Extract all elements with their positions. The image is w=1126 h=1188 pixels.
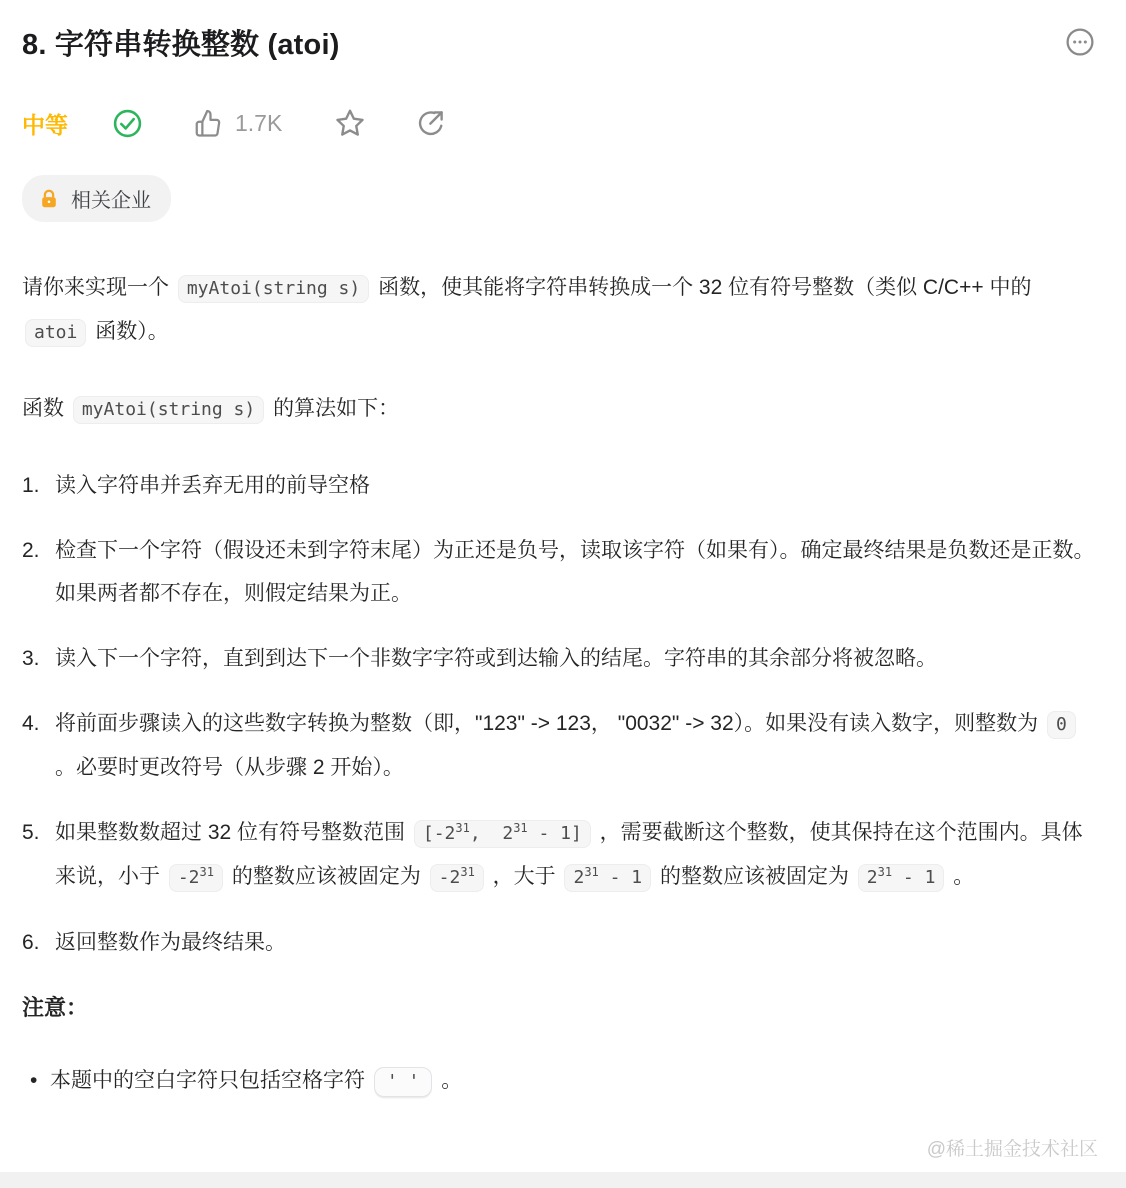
step-text: 读入下一个字符，直到到达下一个非数字字符或到达输入的结尾。字符串的其余部分将被忽…	[55, 637, 1102, 680]
thumbs-up-icon	[193, 108, 223, 138]
inline-code: -231	[430, 864, 484, 892]
algorithm-step: 5.如果整数数超过 32 位有符号整数范围 [-231, 231 - 1] ，需…	[22, 811, 1102, 899]
description-paragraph: 函数 myAtoi(string s) 的算法如下：	[22, 387, 1102, 431]
note-bullet-item: •本题中的空白字符只包括空格字符 ' ' 。	[22, 1059, 1102, 1103]
note-heading: 注意：	[22, 986, 1102, 1029]
bullet-dot: •	[22, 1059, 50, 1103]
footer-strip	[0, 1172, 1126, 1188]
algorithm-step: 4.将前面步骤读入的这些数字转换为整数（即，"123" -> 123， "003…	[22, 702, 1102, 789]
inline-code: 231 - 1	[858, 864, 945, 892]
lock-icon	[38, 188, 60, 210]
problem-title: 8. 字符串转换整数 (atoi)	[22, 22, 340, 63]
watermark: @稀土掘金技术社区	[927, 1134, 1098, 1161]
inline-code: [-231, 231 - 1]	[414, 820, 591, 848]
description-paragraph: 请你来实现一个 myAtoi(string s) 函数，使其能将字符串转换成一个…	[22, 266, 1102, 354]
inline-code: -231	[169, 864, 223, 892]
step-text: 如果整数数超过 32 位有符号整数范围 [-231, 231 - 1] ，需要截…	[55, 811, 1102, 899]
inline-code: myAtoi(string s)	[178, 275, 369, 303]
share-button[interactable]	[416, 108, 446, 138]
step-number: 4.	[22, 702, 55, 789]
problem-description: 请你来实现一个 myAtoi(string s) 函数，使其能将字符串转换成一个…	[22, 266, 1102, 1103]
step-number: 6.	[22, 921, 55, 964]
step-number: 2.	[22, 529, 55, 615]
algorithm-step: 1.读入字符串并丢弃无用的前导空格	[22, 464, 1102, 507]
step-number: 3.	[22, 637, 55, 680]
favorite-button[interactable]	[334, 107, 366, 139]
algorithm-step: 3.读入下一个字符，直到到达下一个非数字字符或到达输入的结尾。字符串的其余部分将…	[22, 637, 1102, 680]
related-companies-tag[interactable]: 相关企业	[22, 175, 171, 222]
check-circle-icon	[112, 108, 143, 139]
step-text: 返回整数作为最终结果。	[55, 921, 1102, 964]
inline-code: 231 - 1	[564, 864, 651, 892]
more-options-button[interactable]	[1064, 26, 1096, 58]
algorithm-step: 6.返回整数作为最终结果。	[22, 921, 1102, 964]
star-icon	[334, 107, 366, 139]
like-count: 1.7K	[235, 110, 282, 137]
ellipsis-circle-icon	[1064, 26, 1096, 58]
step-number: 5.	[22, 811, 55, 899]
like-button[interactable]: 1.7K	[193, 108, 282, 138]
related-companies-label: 相关企业	[71, 184, 151, 213]
step-text: 将前面步骤读入的这些数字转换为整数（即，"123" -> 123， "0032"…	[55, 702, 1102, 789]
step-text: 检查下一个字符（假设还未到字符末尾）为正还是负号，读取该字符（如果有）。确定最终…	[55, 529, 1102, 615]
share-icon	[416, 108, 446, 138]
inline-code: ' '	[374, 1067, 433, 1097]
problem-detail-page: 8. 字符串转换整数 (atoi) 中等	[0, 0, 1126, 1188]
inline-code: myAtoi(string s)	[73, 396, 264, 424]
algorithm-step: 2.检查下一个字符（假设还未到字符末尾）为正还是负号，读取该字符（如果有）。确定…	[22, 529, 1102, 615]
step-number: 1.	[22, 464, 55, 507]
difficulty-badge: 中等	[22, 107, 68, 140]
solved-status	[112, 108, 143, 139]
step-text: 读入字符串并丢弃无用的前导空格	[55, 464, 1102, 507]
inline-code: atoi	[25, 319, 86, 347]
inline-code: 0	[1047, 711, 1076, 739]
problem-header: 8. 字符串转换整数 (atoi)	[22, 22, 1102, 63]
problem-meta-row: 中等 1.7K	[22, 105, 1102, 141]
note-text: 本题中的空白字符只包括空格字符 ' ' 。	[50, 1059, 462, 1103]
